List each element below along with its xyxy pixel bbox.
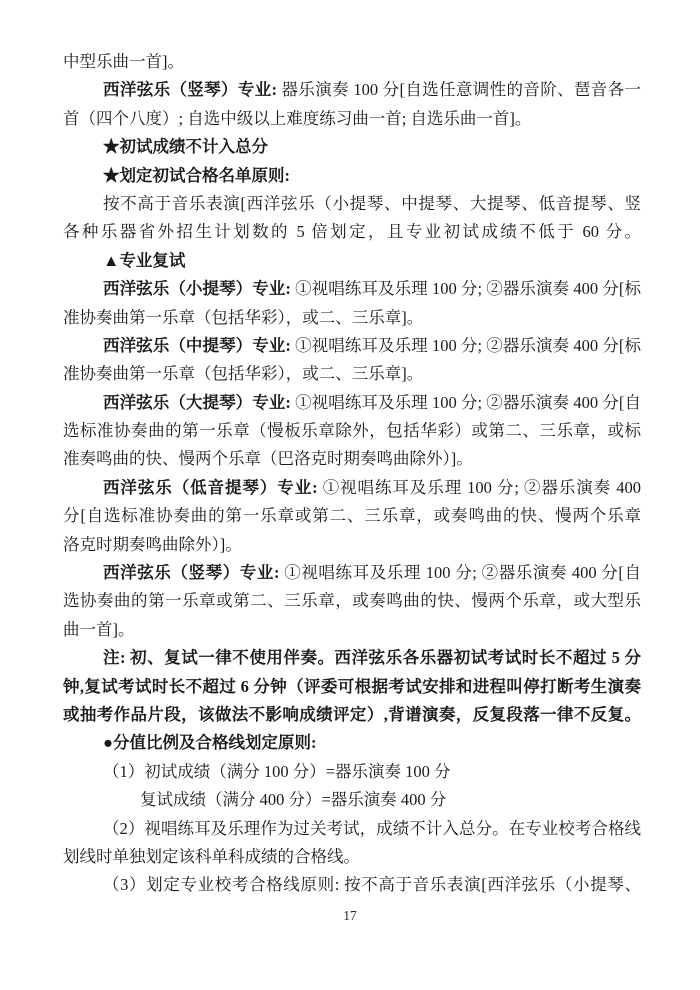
text-line: 曲一首]。 — [63, 616, 641, 644]
text-run: 中型乐曲一首]。 — [63, 52, 184, 71]
text-line: （2）视唱练耳及乐理作为过关考试，成绩不计入总分。在专业校考合格线 — [63, 815, 641, 843]
text-line: ▲专业复试 — [63, 247, 641, 275]
document-page: 中型乐曲一首]。西洋弦乐（竖琴）专业: 器乐演奏 100 分[自选任意调性的音阶… — [0, 0, 700, 990]
text-run: 选协奏曲的第一乐章或第二、三乐章，或奏鸣曲的快、慢两个乐章，或大型乐 — [63, 591, 641, 610]
text-run: 选标准协奏曲的第一乐章（慢板乐章除外，包括华彩）或第二、三乐章，或标 — [63, 421, 641, 440]
text-line: ★初试成绩不计入总分 — [63, 133, 641, 161]
document-text-block: 中型乐曲一首]。西洋弦乐（竖琴）专业: 器乐演奏 100 分[自选任意调性的音阶… — [63, 48, 641, 900]
text-line: 复试成绩（满分 400 分）=器乐演奏 400 分 — [63, 786, 641, 814]
text-run: 复试成绩（满分 400 分）=器乐演奏 400 分 — [140, 790, 446, 809]
text-run: ①视唱练耳及乐理 100 分; ②器乐演奏 400 分[自 — [295, 393, 641, 412]
text-line: 各种乐器省外招生计划数的 5 倍划定，且专业初试成绩不低于 60 分。 — [63, 218, 641, 246]
text-line: 选标准协奏曲的第一乐章（慢板乐章除外，包括华彩）或第二、三乐章，或标 — [63, 417, 641, 445]
text-run: 准协奏曲第一乐章（包括华彩），或二、三乐章]。 — [63, 308, 423, 327]
text-line: 西洋弦乐（竖琴）专业: 器乐演奏 100 分[自选任意调性的音阶、琶音各一 — [63, 76, 641, 104]
bold-text-run: 西洋弦乐（低音提琴）专业: — [103, 478, 323, 497]
text-run: ①视唱练耳及乐理 100 分; ②器乐演奏 400 分[标 — [295, 336, 641, 355]
text-line: （3）划定专业校考合格线原则: 按不高于音乐表演[西洋弦乐（小提琴、 — [63, 871, 641, 899]
text-line: 钟,复试考试时长不超过 6 分钟（评委可根据考试安排和进程叫停打断考生演奏 — [63, 673, 641, 701]
text-line: 注: 初、复试一律不使用伴奏。西洋弦乐各乐器初试考试时长不超过 5 分 — [63, 644, 641, 672]
text-run: ①视唱练耳及乐理 100 分; ②器乐演奏 400 分[标 — [295, 279, 641, 298]
text-run: 曲一首]。 — [63, 620, 135, 639]
text-line: 分[自选标准协奏曲的第一乐章或第二、三乐章，或奏鸣曲的快、慢两个乐章（巴 — [63, 502, 641, 530]
text-run: 首（四个八度）; 自选中级以上难度练习曲一首; 自选乐曲一首]。 — [63, 109, 531, 128]
text-line: ●分值比例及合格线划定原则: — [63, 729, 641, 757]
bold-text-run: ★划定初试合格名单原则: — [103, 166, 290, 185]
text-line: （1）初试成绩（满分 100 分）=器乐演奏 100 分 — [63, 758, 641, 786]
text-run: 分[自选标准协奏曲的第一乐章或第二、三乐章，或奏鸣曲的快、慢两个乐章（巴 — [63, 506, 641, 530]
text-line: 按不高于音乐表演[西洋弦乐（小提琴、中提琴、大提琴、低音提琴、竖琴）] — [63, 190, 641, 218]
text-run: ①视唱练耳及乐理 100 分; ②器乐演奏 400 分[自 — [284, 563, 641, 582]
text-run: （1）初试成绩（满分 100 分）=器乐演奏 100 分 — [103, 762, 451, 781]
bold-text-run: 西洋弦乐（竖琴）专业: — [103, 80, 282, 99]
text-run: 准奏鸣曲的快、慢两个乐章（巴洛克时期奏鸣曲除外）]。 — [63, 449, 473, 468]
text-line: ★划定初试合格名单原则: — [63, 162, 641, 190]
text-run: （3）划定专业校考合格线原则: 按不高于音乐表演[西洋弦乐（小提琴、 — [103, 875, 641, 894]
text-line: 西洋弦乐（低音提琴）专业: ①视唱练耳及乐理 100 分; ②器乐演奏 400 — [63, 474, 641, 502]
text-line: 准协奏曲第一乐章（包括华彩），或二、三乐章]。 — [63, 304, 641, 332]
text-line: 准奏鸣曲的快、慢两个乐章（巴洛克时期奏鸣曲除外）]。 — [63, 445, 641, 473]
text-run: （2）视唱练耳及乐理作为过关考试，成绩不计入总分。在专业校考合格线 — [103, 819, 641, 838]
bold-text-run: 注: 初、复试一律不使用伴奏。西洋弦乐各乐器初试考试时长不超过 5 分 — [103, 648, 641, 667]
bold-text-run: 西洋弦乐（中提琴）专业: — [103, 336, 295, 355]
text-line: 西洋弦乐（中提琴）专业: ①视唱练耳及乐理 100 分; ②器乐演奏 400 分… — [63, 332, 641, 360]
text-line: 西洋弦乐（竖琴）专业: ①视唱练耳及乐理 100 分; ②器乐演奏 400 分[… — [63, 559, 641, 587]
text-line: 中型乐曲一首]。 — [63, 48, 641, 76]
text-run: 按不高于音乐表演[西洋弦乐（小提琴、中提琴、大提琴、低音提琴、竖琴）] — [103, 194, 641, 218]
text-run: 划线时单独划定该科单科成绩的合格线。 — [63, 847, 360, 866]
text-line: 准协奏曲第一乐章（包括华彩），或二、三乐章]。 — [63, 360, 641, 388]
bold-text-run: 西洋弦乐（竖琴）专业: — [103, 563, 284, 582]
text-run: 洛克时期奏鸣曲除外）]。 — [63, 535, 242, 554]
bold-text-run: 钟,复试考试时长不超过 6 分钟（评委可根据考试安排和进程叫停打断考生演奏 — [63, 677, 641, 696]
text-line: 划线时单独划定该科单科成绩的合格线。 — [63, 843, 641, 871]
text-run: 准协奏曲第一乐章（包括华彩），或二、三乐章]。 — [63, 364, 423, 383]
bold-text-run: 西洋弦乐（大提琴）专业: — [103, 393, 295, 412]
text-run: 器乐演奏 100 分[自选任意调性的音阶、琶音各一 — [282, 80, 641, 99]
text-line: 选协奏曲的第一乐章或第二、三乐章，或奏鸣曲的快、慢两个乐章，或大型乐 — [63, 587, 641, 615]
bold-text-run: ★初试成绩不计入总分 — [103, 137, 268, 156]
text-line: 或抽考作品片段，该做法不影响成绩评定）,背谱演奏，反复段落一律不反复。 — [63, 701, 641, 729]
text-line: 首（四个八度）; 自选中级以上难度练习曲一首; 自选乐曲一首]。 — [63, 105, 641, 133]
bold-text-run: ●分值比例及合格线划定原则: — [103, 733, 316, 752]
text-run: ①视唱练耳及乐理 100 分; ②器乐演奏 400 — [323, 478, 641, 497]
page-number: 17 — [0, 908, 700, 924]
bold-text-run: 或抽考作品片段，该做法不影响成绩评定）,背谱演奏，反复段落一律不反复。 — [63, 705, 641, 724]
text-line: 西洋弦乐（大提琴）专业: ①视唱练耳及乐理 100 分; ②器乐演奏 400 分… — [63, 389, 641, 417]
text-line: 西洋弦乐（小提琴）专业: ①视唱练耳及乐理 100 分; ②器乐演奏 400 分… — [63, 275, 641, 303]
text-run: 各种乐器省外招生计划数的 5 倍划定，且专业初试成绩不低于 60 分。 — [63, 222, 641, 241]
text-line: 洛克时期奏鸣曲除外）]。 — [63, 531, 641, 559]
bold-text-run: ▲专业复试 — [103, 251, 185, 270]
bold-text-run: 西洋弦乐（小提琴）专业: — [103, 279, 295, 298]
